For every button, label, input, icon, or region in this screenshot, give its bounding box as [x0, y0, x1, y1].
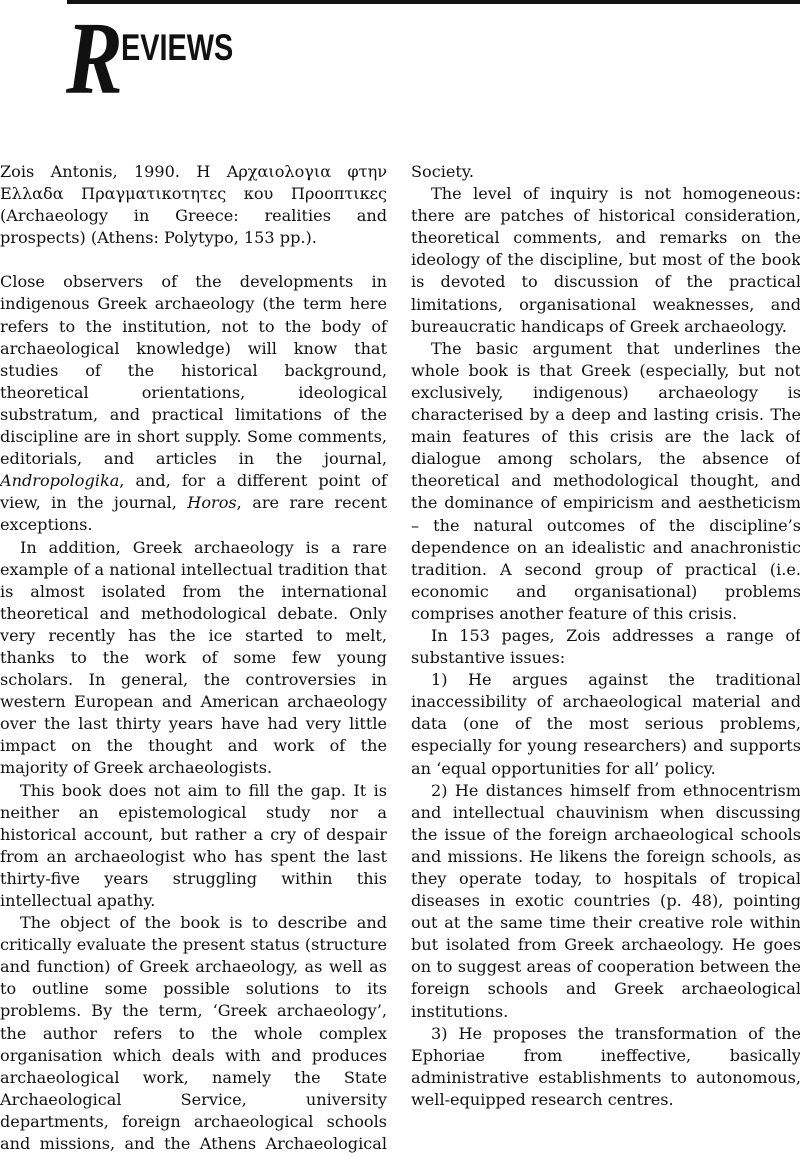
paragraph-1: Close observers of the developments in i… [0, 271, 387, 536]
paragraph-6: The basic argument that underlines the w… [411, 338, 800, 625]
right-column: Society. The level of inquiry is not hom… [411, 161, 800, 1111]
journal-title-andropologika: Andropologika [0, 471, 119, 490]
top-rule-divider [67, 0, 800, 4]
section-heading-text: EVIEWS [121, 28, 233, 68]
list-item-3: 3) He proposes the transformation of the… [411, 1023, 800, 1111]
book-citation: Zois Antonis, 1990. Η Αρχαιολογια φτην Ε… [0, 161, 387, 249]
paragraph-5: The level of inquiry is not homogeneous:… [411, 183, 800, 338]
paragraph-4-continued: Society. [411, 161, 800, 183]
journal-title-horos: Horos [187, 493, 236, 512]
paragraph-7: In 153 pages, Zois addresses a range of … [411, 625, 800, 669]
list-item-2: 2) He distances himself from ethnocentri… [411, 780, 800, 1023]
section-heading-dropcap: R [66, 14, 121, 104]
list-item-1: 1) He argues against the traditional ina… [411, 669, 800, 779]
paragraph-3: This book does not aim to fill the gap. … [0, 780, 387, 913]
paragraph-2: In addition, Greek archaeology is a rare… [0, 537, 387, 780]
paragraph-1-text-a: Close observers of the developments in i… [0, 272, 387, 468]
left-column: Zois Antonis, 1990. Η Αρχαιολογια φτην Ε… [0, 161, 387, 1155]
paragraph-4: The object of the book is to describe an… [0, 912, 387, 1155]
